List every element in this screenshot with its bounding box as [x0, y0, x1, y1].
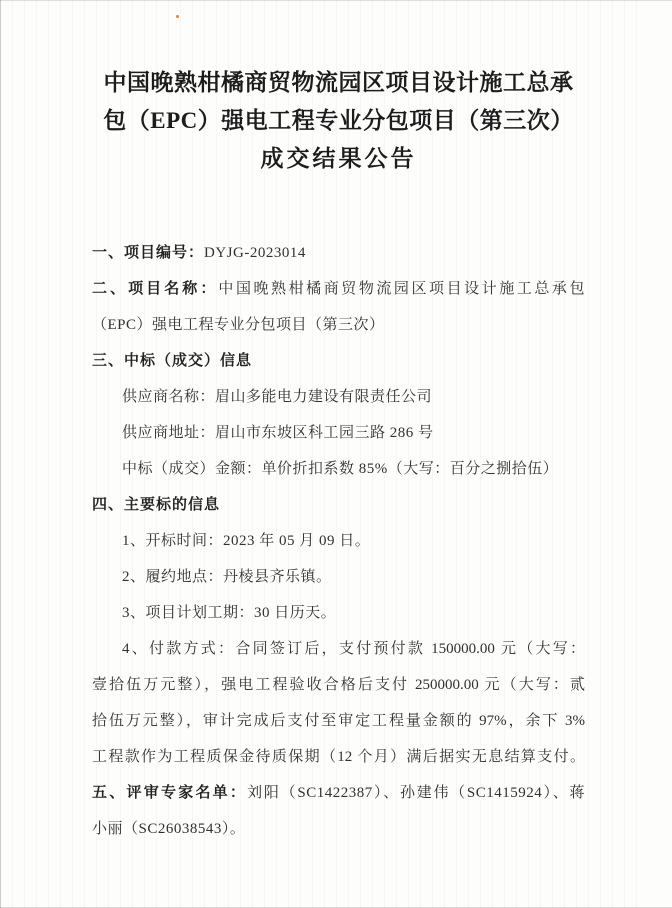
payment-terms-line-3: 拾伍万元整），审计完成后支付至审定工程量金额的 97%，余下 3%	[92, 703, 585, 739]
main-subject-heading: 四、主要标的信息	[92, 487, 585, 523]
supplier-name-value: 眉山多能电力建设有限责任公司	[215, 389, 432, 405]
supplier-address-value: 眉山市东坡区科工园三路 286 号	[215, 425, 434, 441]
scanned-announcement-page: 中国晚熟柑橘商贸物流园区项目设计施工总承 包（EPC）强电工程专业分包项目（第三…	[0, 0, 672, 908]
scan-edge-top	[0, 0, 672, 1]
title-line-1: 中国晚熟柑橘商贸物流园区项目设计施工总承	[92, 64, 585, 102]
award-amount-label: 中标（成交）金额：	[122, 461, 262, 477]
expert-list-value: 刘阳（SC1422387）、孙建伟（SC1415924）、蒋	[247, 785, 585, 801]
project-name-line: 二、项目名称：中国晚熟柑橘商贸物流园区项目设计施工总承包	[92, 271, 585, 307]
project-name-label: 二、项目名称：	[92, 280, 218, 297]
supplier-address-label: 供应商地址：	[122, 425, 215, 441]
project-name-continuation-line: （EPC）强电工程专业分包项目（第三次）	[92, 307, 585, 343]
project-name-value-continued: （EPC）强电工程专业分包项目（第三次）	[92, 317, 385, 333]
project-number-label: 一、项目编号：	[92, 244, 204, 261]
scan-edge-left	[0, 0, 1, 908]
title-line-3: 成交结果公告	[92, 140, 585, 178]
payment-terms-line-4: 工程款作为工程质保金待质保期（12 个月）满后据实无息结算支付。	[92, 739, 585, 775]
award-amount-value: 单价折扣系数 85%（大写：百分之捌拾伍）	[262, 461, 559, 477]
award-amount-line: 中标（成交）金额：单价折扣系数 85%（大写：百分之捌拾伍）	[92, 451, 585, 487]
title-line-2: 包（EPC）强电工程专业分包项目（第三次）	[92, 102, 585, 140]
supplier-address-line: 供应商地址：眉山市东坡区科工园三路 286 号	[92, 415, 585, 451]
supplier-name-line: 供应商名称：眉山多能电力建设有限责任公司	[92, 379, 585, 415]
document-body: 一、项目编号：DYJG-2023014 二、项目名称：中国晚熟柑橘商贸物流园区项…	[92, 235, 585, 847]
expert-list-line-1: 五、评审专家名单：刘阳（SC1422387）、孙建伟（SC1415924）、蒋	[92, 775, 585, 811]
expert-list-label: 五、评审专家名单：	[92, 784, 247, 801]
bid-opening-time-line: 1、开标时间：2023 年 05 月 09 日。	[92, 523, 585, 559]
payment-terms-line-2: 壹拾伍万元整），强电工程验收合格后支付 250000.00 元（大写：贰	[92, 667, 585, 703]
project-duration-line: 3、项目计划工期：30 日历天。	[92, 595, 585, 631]
project-name-value: 中国晚熟柑橘商贸物流园区项目设计施工总承包	[218, 281, 585, 297]
expert-list-line-2: 小丽（SC26038543）。	[92, 811, 585, 847]
scan-artifact-dot	[176, 15, 179, 18]
performance-location-line: 2、履约地点：丹棱县齐乐镇。	[92, 559, 585, 595]
document-content: 中国晚熟柑橘商贸物流园区项目设计施工总承 包（EPC）强电工程专业分包项目（第三…	[92, 64, 585, 847]
expert-list-value-continued: 小丽（SC26038543）。	[92, 821, 245, 837]
award-info-heading: 三、中标（成交）信息	[92, 343, 585, 379]
project-number-value: DYJG-2023014	[204, 245, 306, 261]
payment-terms-line-1: 4、付款方式：合同签订后，支付预付款 150000.00 元（大写：	[92, 631, 585, 667]
document-title: 中国晚熟柑橘商贸物流园区项目设计施工总承 包（EPC）强电工程专业分包项目（第三…	[92, 64, 585, 178]
project-number-line: 一、项目编号：DYJG-2023014	[92, 235, 585, 271]
supplier-name-label: 供应商名称：	[122, 389, 215, 405]
